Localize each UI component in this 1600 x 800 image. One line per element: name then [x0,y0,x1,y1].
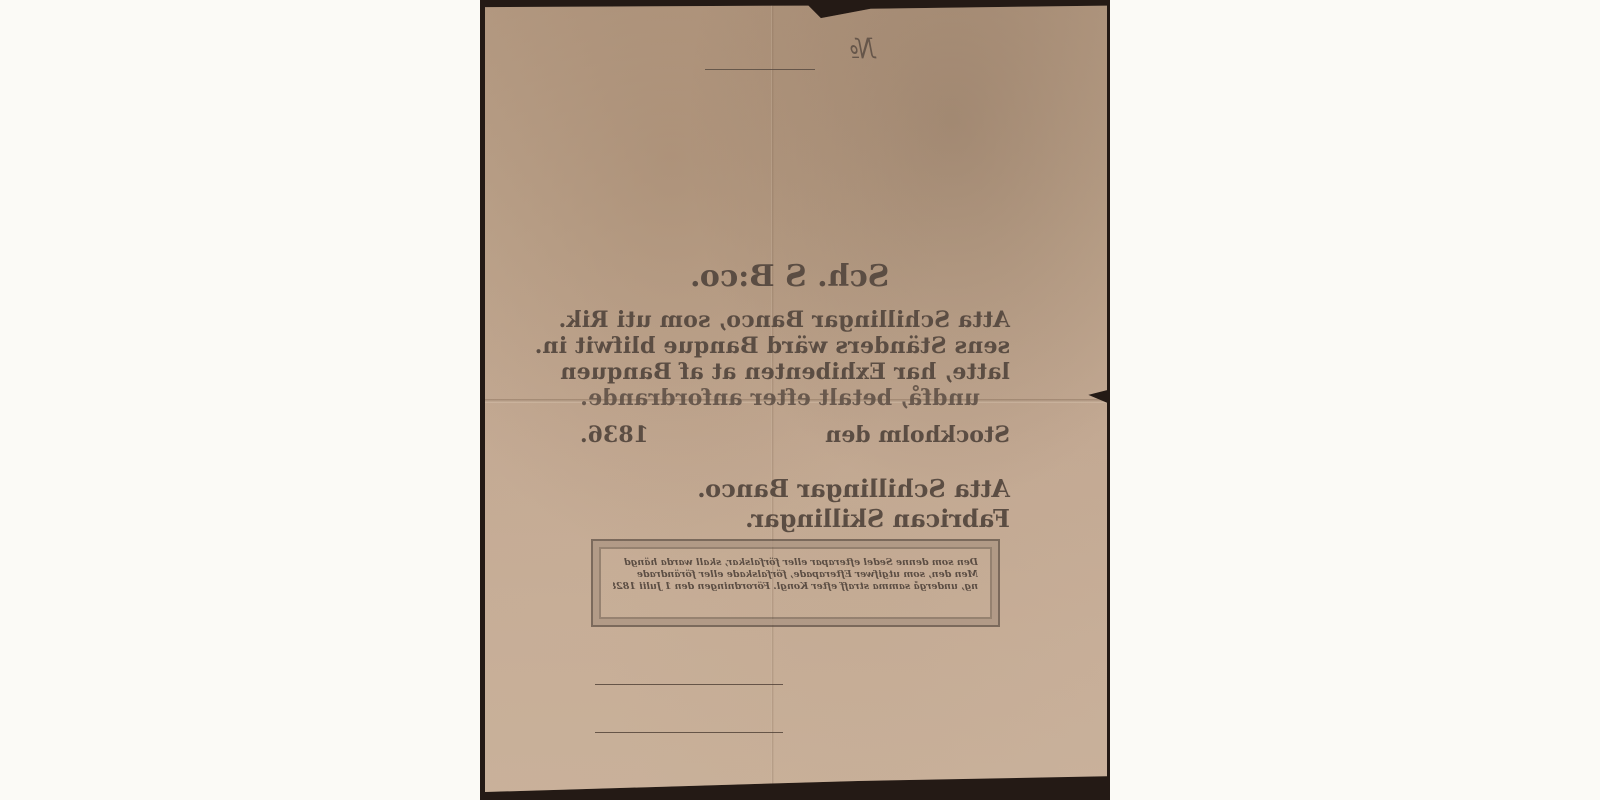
amount-text: Atta Schillingar Banco. Fabrican Skillin… [735,474,1010,534]
counterfeit-warning-box: Den som denne Sedel efterapar eller förf… [591,539,1000,627]
note-heading: Sch. S B:co. [690,259,890,294]
warning-line: Den som denne Sedel efterapar eller förf… [613,557,978,569]
promise-line: sens Ständers wärd Banque blifwit in. [580,333,1010,359]
warning-text: Den som denne Sedel efterapar eller förf… [613,557,978,593]
serial-number-field: № [705,32,875,76]
serial-underline [705,69,815,70]
signature-line [595,732,783,733]
promise-text: Atta Schillingar Banco, som uti Rik. sen… [580,307,1010,411]
heading-text: Sch. S B:co. [690,259,889,294]
banknote: № Sch. S B:co. Atta Schillingar Banco, s… [485,4,1107,792]
warning-line: Men den, som utgifwer Efterapade, förfal… [613,569,978,581]
promise-line: undfå, betalt efter anfordrande. [580,385,1010,411]
numero-sign: № [849,32,876,65]
amount-line: Atta Schillingar Banco. [735,474,1010,504]
warning-line: ng, undergå samma straff efter Kongl. Fö… [613,581,978,593]
amount-line: Fabrican Skillingar. [735,504,1010,534]
promise-line: latte, har Exhibenten at af Banquen [580,359,1010,385]
year: 1836. [580,422,649,448]
place-date-label: Stockholm den [825,422,1010,448]
signature-line [595,684,783,685]
promise-line: Atta Schillingar Banco, som uti Rik. [580,307,1010,333]
